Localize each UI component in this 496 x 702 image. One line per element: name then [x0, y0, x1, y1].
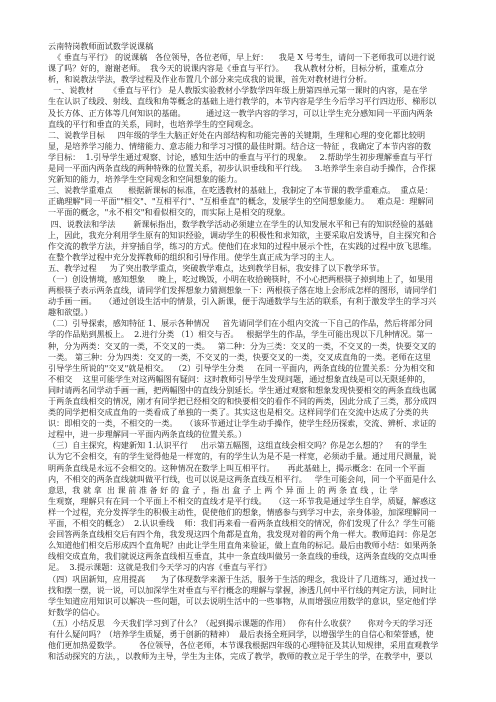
- section-heading-line: 四、说教法和学法 新课标指出，数学教学活动必须建立在学生的认知发展水平和已有的知…: [48, 219, 450, 230]
- subsection-line: （四）巩固新知，应用提高 为了体现数学来源于生活，服务于生活的理念，我设计了几道…: [48, 574, 450, 585]
- document-title: 云南特岗教师面试数学说课稿: [48, 41, 450, 52]
- text-line: 动手画一画。 （通过创设生活中的情景，引入新课，便于沟通数学与生活的联系，有利于…: [48, 296, 450, 307]
- subsection-line: （五）小结反思 今天我们学习到了什么？（起到揭示课题的作用） 你有什么收获？ 你…: [48, 618, 450, 629]
- text-line: 引导学生所说的"交叉"就是相交。 （2）引导学生分类 在同一平面内，两条直线的位…: [48, 363, 450, 374]
- text-line: 究新知的能力，培养学生空间观念和空间想象的能力。: [48, 174, 450, 185]
- text-line: 《 垂直与平行》 的说课稿 各位领导，各位老师，早上好： 我是 X 号考生，请问…: [48, 52, 450, 63]
- section-heading-line: 一、说教材 《垂直与平行》 是人教版实验教材小学数学四年级上册第四单元第一课时的…: [48, 85, 450, 96]
- subsection-line: （三）自主探究，构建新知 1.认识平行 出示第五幅图，这组直线会相交吗？你是怎么…: [48, 440, 450, 451]
- text-line: 趣和欲望。）: [48, 307, 450, 318]
- text-line: 在整个教学过程中充分发挥教师的组织和引导作用。使学生真正成为学习的主人。: [48, 252, 450, 263]
- text-line: 生在认识了线段、射线、直线和角等概念的基础上进行教学的，本节内容是学生今后学习平…: [48, 96, 450, 107]
- text-line: 线相交成直角，我们就说这两条直线相互垂直，其中一条直线叫做另一条直线的垂线，这两…: [48, 551, 450, 562]
- text-line: 是同一平面内两条直线的两种特殊的位置关系，初步认识垂线和平行线。 3.培养学生亲…: [48, 163, 450, 174]
- text-line: 内，不相交的两条直线就叫做平行线，也可以说是这两条直线互相平行。 学生可能会问，…: [48, 474, 450, 485]
- text-line: 识：即相交的一类，不相交的一类。 （该环节通过让学生动手操作，使学生经历探索，交…: [48, 418, 450, 429]
- subsection-line: （二）引导探索，感知特征 1、展示各种情况 首先请同学们在小组内交流一下自己的作…: [48, 318, 450, 329]
- subsection-line: （一）创设情境，感知想象 晚上，吃过晚饭，小明在收拾碗筷时，不小心把两根筷子掉到…: [48, 274, 450, 285]
- text-line: 和活动探究的方法，，以教师为主导，学生为主体，完成了教学，教师的教立足于学生的学…: [48, 651, 450, 662]
- text-line: 一类。 第三种：分为四类：交叉的一类，不交叉的一类，快要交叉的一类，交叉成直角的…: [48, 352, 450, 363]
- text-line: 生观察，理解只有在同一个平面上不相交的直线才是平行线。 （这一环节我是通过学生自…: [48, 496, 450, 507]
- text-line: 不相交 这里可能学生对这两幅图有疑问：这时教师引导学生发现问题，通过想象直线是可…: [48, 374, 450, 385]
- section-heading-line: 二、说教学目标 四年级的学生大脑正好处在内部结构和功能完善的关键期，生理和心理的…: [48, 130, 450, 141]
- text-line: 上，因此，我充分利用学生原有的知识经验，调动学生的积极性和求知欲，主要采取启发诱…: [48, 230, 450, 241]
- text-line: 作交流的教学方法，并穿插自学，练习的方式。使他们在求知的过程中展示个性，在实践的…: [48, 241, 450, 252]
- text-line: 他们更加热爱数学。 各位领导，各位老师，本节课我根据四年级的心理特征及其认知规律…: [48, 640, 450, 651]
- text-line: 学目标： 1.引导学生通过观察、讨论，感知生活中的垂直与平行的现象。 2.帮助学…: [48, 152, 450, 163]
- text-line: 意思，我 就 拿 出 课 前 准 备 好 的 盒 子 ，指 出 盒 子 上 两 …: [48, 485, 450, 496]
- text-line: 明两条直线是永远不会相交的。这种情况在数学上叫互相平行。 再此基础上，揭示概念：…: [48, 463, 450, 474]
- text-line: 有什么疑问吗？（培养学生质疑，勇于创新的精神） 最后表扬全班同学，以增强学生的自…: [48, 629, 450, 640]
- text-line: 过程中，进一步理解同一平面内两条直线的位置关系。）: [48, 429, 450, 440]
- text-line: 课了吗？好的，谢谢老师。 我今天的说课内容是《垂直与平行》。 我从教材分析，目标…: [48, 63, 450, 74]
- text-line: 类的同学把相交成直角的一类看成了单独的一类了。其实这也是相交。这样同学们在交流中…: [48, 407, 450, 418]
- text-line: 学生知道应用知识可以解决一些问题，可以去说明生活中的一些事物，从而增强应用数学的…: [48, 596, 450, 607]
- text-line: 好数学的信心。: [48, 607, 450, 618]
- section-heading-line: 三、说教学重难点 根据新课标的标准，在吃透教材的基础上，我制定了本节课的教学重难…: [48, 185, 450, 196]
- text-line: 认为它不会相交，有的学生觉得他是一样宽的，有的学生认为是不是一样宽，必须动手量。…: [48, 451, 450, 462]
- text-line: 种，分为两类：交叉的一类，不交叉的一类。 第二种：分为三类：交叉的一类，不交叉的…: [48, 341, 450, 352]
- text-line: 析，和说教法学法，教学过程及作业布置几个部分来完成我的说课，首先对教材进行分析。: [48, 74, 450, 85]
- text-line: 同时请两名同学动手画一画，把两幅图中的直线分别延长。学生通过观察和想象发现快要相…: [48, 385, 450, 396]
- text-line: 学的作品贴到黑板上。 2.进行分类 （1）相交与否。 根据学生的作品，学生可能出…: [48, 329, 450, 340]
- text-line: 平面，不相交的概念） 2.认识垂线 师：我们再来看一看两条直线相交的情况，你们发…: [48, 518, 450, 529]
- text-line: 直线的平行和垂直的关系，同时，也培养学生的空间观念。: [48, 119, 450, 130]
- text-line: 及长方体、正方体等几何知识的基础。 通过这一教学内容的学习，可以让学生充分感知同…: [48, 108, 450, 119]
- text-line: 找和摆一摆，说一说，可以加深学生对垂直与平行概念的理解与掌握，渗透几何中平行线的…: [48, 585, 450, 596]
- text-line: 正确理解"同一平面""相交"、"互相平行"、"互相垂直"的概念，发展学生的空间想…: [48, 196, 450, 207]
- text-line: 两根筷子表示两条直线，请同学们发挥想象力猜测想象一下：两根筷子落在地上会形成怎样…: [48, 285, 450, 296]
- text-line: 会回答两条直线相交后有四个角，我发现这四个角都是直角，我发现对着的两个角一样大。…: [48, 529, 450, 540]
- text-line: 么知道他们相交后形成四个直角呢？由此让学生用直角来验证，做上直角的标记。最后由教…: [48, 540, 450, 551]
- text-line: 显，是培养学习能力、情绪能力、意志能力和学习习惯的最佳时期。结合这一特征 ，我确…: [48, 141, 450, 152]
- text-line: 样一个过程，充分发挥学生的积极主动性，促使他们的想象，情感参与到学习中去，亲身体…: [48, 507, 450, 518]
- text-line: 于两条直线相交的情况，刚才有同学把已经相交的和快要相交的看作不同的两类，因此分成…: [48, 396, 450, 407]
- document-page: 云南特岗教师面试数学说课稿 《 垂直与平行》 的说课稿 各位领导，各位老师，早上…: [48, 41, 450, 662]
- section-heading-line: 五、教学过程 为了突出教学重点，突破教学难点，达到教学目标，我安排了以下教学环节…: [48, 263, 450, 274]
- text-line: 足。 3.提示课题：这就是我们今天学习的内容《垂直与平行》: [48, 562, 450, 573]
- text-line: 一平面的概念，"永不相交"和看似相交的，而实际上是相交的现象。: [48, 207, 450, 218]
